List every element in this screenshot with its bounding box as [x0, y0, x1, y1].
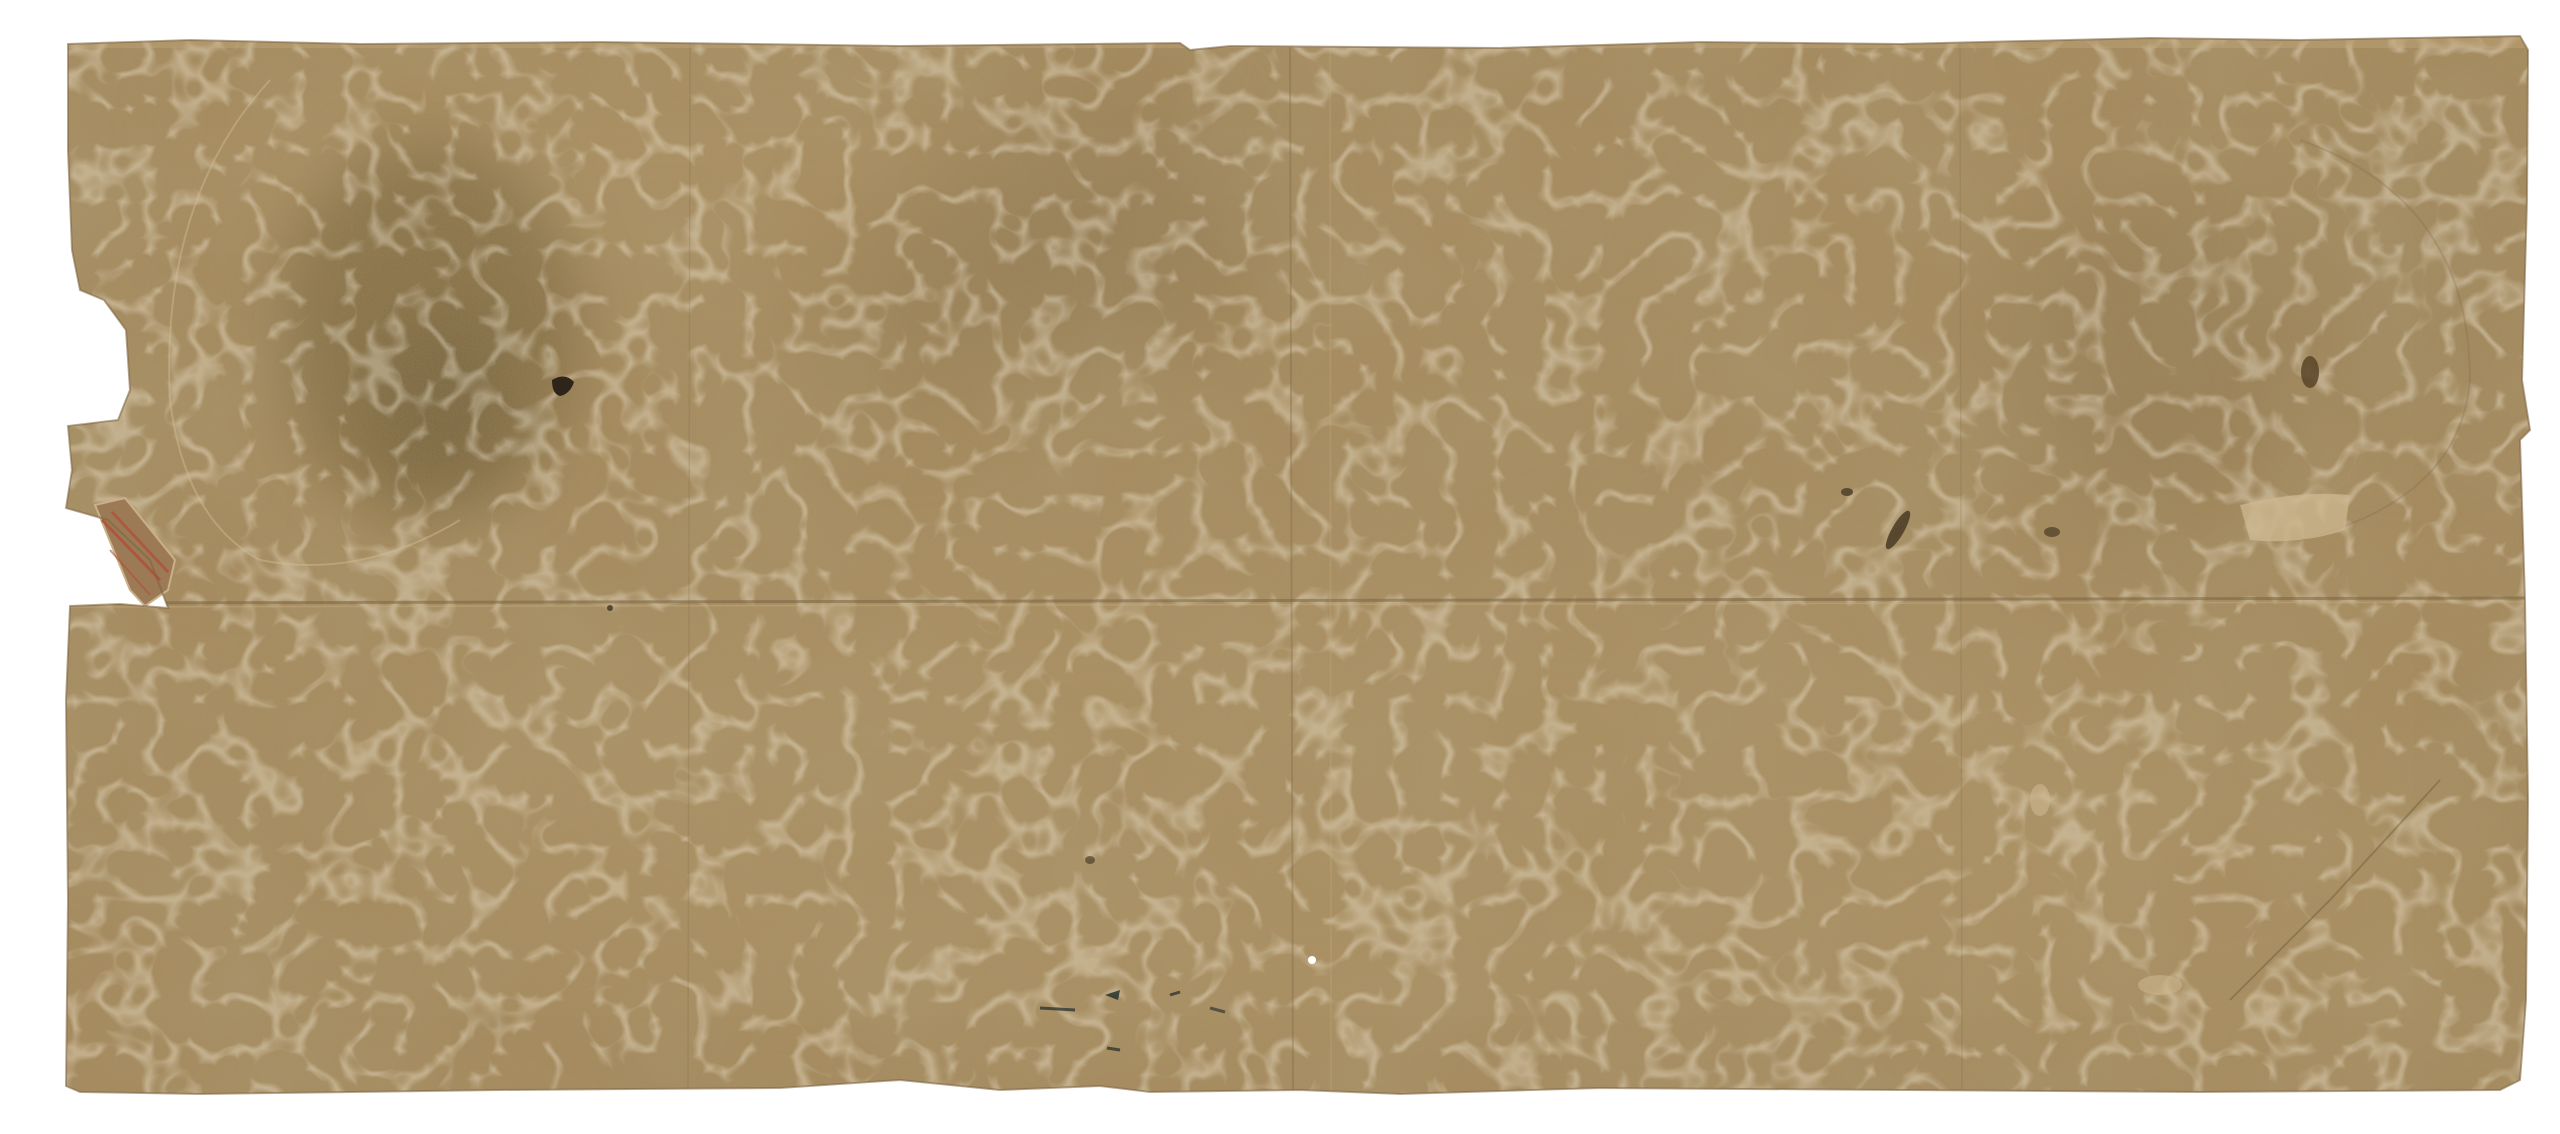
aged-paper-sheet — [0, 0, 2560, 1134]
dark-spot-far-right — [2301, 356, 2319, 388]
scan-background — [0, 0, 2560, 1134]
pin-hole — [1308, 956, 1316, 964]
